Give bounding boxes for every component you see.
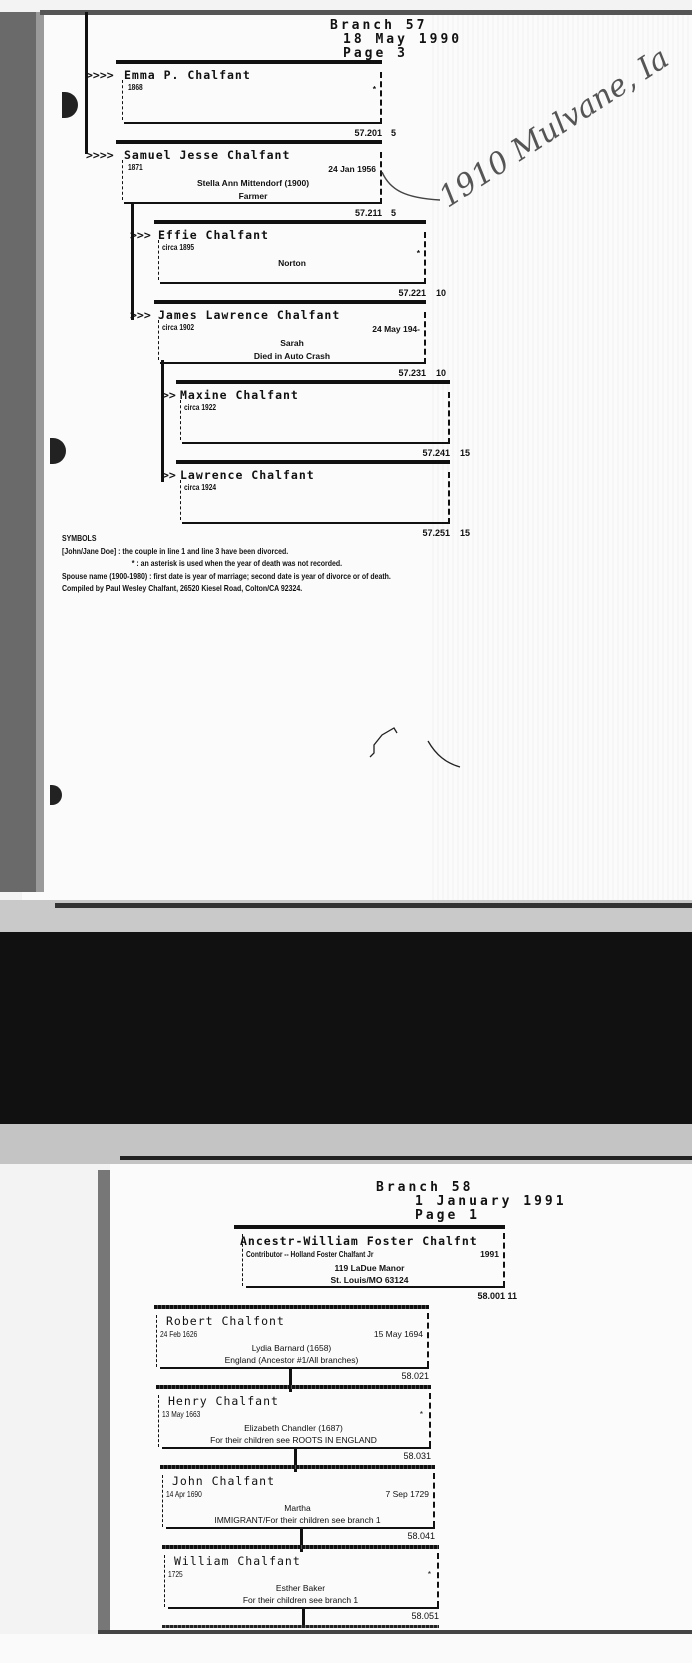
generation-number: 5 bbox=[391, 128, 396, 138]
spouse-name: Norton bbox=[158, 258, 426, 268]
person-name: William Chalfant bbox=[174, 1554, 301, 1568]
entry-id: 57.241 bbox=[422, 448, 450, 458]
entry-id: 58.031 bbox=[403, 1451, 431, 1461]
death-marker: * bbox=[373, 84, 376, 94]
birth-date: 13 May 1663 bbox=[162, 1409, 200, 1419]
death-marker: * bbox=[428, 1569, 431, 1579]
page-edge bbox=[55, 903, 692, 908]
entry-id: 57.231 bbox=[398, 368, 426, 378]
branch-date: 18 May 1990 bbox=[343, 33, 462, 47]
person-name: Henry Chalfant bbox=[168, 1394, 279, 1408]
spouse-name: Esther Baker bbox=[162, 1583, 439, 1593]
birth-date: circa 1902 bbox=[162, 322, 194, 332]
scan-background bbox=[0, 1634, 692, 1663]
person-name: John Chalfant bbox=[172, 1474, 275, 1488]
birth-date: 1725 bbox=[168, 1569, 183, 1579]
spouse-name: Elizabeth Chandler (1687) bbox=[156, 1423, 431, 1433]
spouse-name: Sarah bbox=[158, 338, 426, 348]
person-entry: >> Maxine Chalfant circa 1922 57.241 15 bbox=[162, 380, 472, 458]
person-entry: >>> James Lawrence Chalfant circa 1902 2… bbox=[130, 300, 448, 378]
left-binding-edge bbox=[36, 12, 44, 892]
ancestor-entry: Ancestr-William Foster Chalfnt Contribut… bbox=[234, 1225, 529, 1303]
left-binding-shadow bbox=[0, 12, 36, 892]
entry-id: 58.041 bbox=[407, 1531, 435, 1541]
branch-page: Page 3 bbox=[343, 47, 408, 61]
entry-note: England (Ancestor #1/All branches) bbox=[154, 1355, 429, 1365]
branch-date: 1 January 1991 bbox=[415, 1195, 567, 1209]
pen-mark bbox=[360, 725, 490, 785]
death-date: 24 May 194- bbox=[372, 324, 420, 334]
scan-gap bbox=[0, 932, 692, 1124]
person-name: Robert Chalfont bbox=[166, 1314, 285, 1328]
spouse-name: Lydia Barnard (1658) bbox=[154, 1343, 429, 1353]
entry-id: 57.251 bbox=[422, 528, 450, 538]
symbol-line: Spouse name (1900-1980) : first date is … bbox=[62, 570, 391, 583]
person-name: Emma P. Chalfant bbox=[124, 68, 251, 82]
person-name: Maxine Chalfant bbox=[180, 388, 299, 402]
symbol-line: Compiled by Paul Wesley Chalfant, 26520 … bbox=[62, 582, 391, 595]
symbol-line: [John/Jane Doe] : the couple in line 1 a… bbox=[62, 545, 391, 558]
entry-id: 57.211 bbox=[355, 208, 382, 218]
entry-id: 58.021 bbox=[401, 1371, 429, 1381]
generation-number: 15 bbox=[460, 528, 470, 538]
branch-title: Branch 57 bbox=[330, 19, 427, 33]
person-entry: John Chalfant 14 Apr 1690 7 Sep 1729 Mar… bbox=[160, 1465, 435, 1545]
symbols-title: SYMBOLS bbox=[62, 532, 391, 545]
branch-title: Branch 58 bbox=[376, 1181, 473, 1195]
person-entry: William Chalfant 1725 * Esther Baker For… bbox=[162, 1545, 439, 1630]
ancestor-name: Ancestr-William Foster Chalfnt bbox=[240, 1234, 478, 1248]
person-name: Samuel Jesse Chalfant bbox=[124, 148, 290, 162]
entry-note: Farmer bbox=[124, 191, 382, 201]
contributor: Contributor -- Holland Foster Chalfant J… bbox=[246, 1249, 373, 1259]
left-binding-edge bbox=[98, 1170, 110, 1632]
entry-id: 57.221 bbox=[398, 288, 426, 298]
person-entry: >>>> Samuel Jesse Chalfant 1871 24 Jan 1… bbox=[86, 140, 406, 218]
birth-date: 1871 bbox=[128, 162, 143, 172]
birth-date: 14 Apr 1690 bbox=[166, 1489, 202, 1499]
entry-note: IMMIGRANT/For their children see branch … bbox=[160, 1515, 435, 1525]
generation-number: 11 bbox=[507, 1291, 517, 1301]
contribution-year: 1991 bbox=[480, 1249, 499, 1259]
entry-id: 58.001 bbox=[477, 1291, 505, 1301]
death-date: 7 Sep 1729 bbox=[386, 1489, 429, 1499]
entry-note: Died in Auto Crash bbox=[158, 351, 426, 361]
symbols-legend: SYMBOLS [John/Jane Doe] : the couple in … bbox=[62, 532, 391, 595]
person-entry: >>> Effie Chalfant circa 1895 * Norton 5… bbox=[130, 220, 448, 298]
birth-date: circa 1895 bbox=[162, 242, 194, 252]
generation-number: 10 bbox=[436, 368, 446, 378]
page-edge bbox=[120, 1156, 692, 1160]
person-entry: >> Lawrence Chalfant circa 1924 57.251 1… bbox=[162, 460, 472, 538]
person-entry: Henry Chalfant 13 May 1663 * Elizabeth C… bbox=[156, 1385, 431, 1465]
spouse-name: Martha bbox=[160, 1503, 435, 1513]
symbol-line: * : an asterisk is used when the year of… bbox=[62, 557, 391, 570]
birth-date: circa 1924 bbox=[184, 482, 216, 492]
entry-note: For their children see branch 1 bbox=[162, 1595, 439, 1605]
address-line-1: 119 LaDue Manor bbox=[234, 1263, 505, 1273]
person-name: Effie Chalfant bbox=[158, 228, 269, 242]
death-date: 24 Jan 1956 bbox=[328, 164, 376, 174]
entry-id: 57.201 bbox=[354, 128, 382, 138]
birth-date: 24 Feb 1626 bbox=[160, 1329, 197, 1339]
branch-page: Page 1 bbox=[415, 1209, 480, 1223]
death-marker: * bbox=[417, 248, 420, 258]
address-line-2: St. Louis/MO 63124 bbox=[234, 1275, 505, 1285]
birth-date: circa 1922 bbox=[184, 402, 216, 412]
spouse-name: Stella Ann Mittendorf (1900) bbox=[124, 178, 382, 188]
entry-id: 58.051 bbox=[411, 1611, 439, 1621]
generation-number: 15 bbox=[460, 448, 470, 458]
death-date: 15 May 1694 bbox=[374, 1329, 423, 1339]
death-marker: * bbox=[420, 1409, 423, 1419]
person-name: Lawrence Chalfant bbox=[180, 468, 315, 482]
top-page-edge bbox=[40, 10, 692, 15]
person-entry: Robert Chalfont 24 Feb 1626 15 May 1694 … bbox=[154, 1305, 429, 1385]
entry-note: For their children see ROOTS IN ENGLAND bbox=[156, 1435, 431, 1445]
generation-number: 10 bbox=[436, 288, 446, 298]
birth-date: 1868 bbox=[128, 82, 143, 92]
person-entry: >>>> Emma P. Chalfant 1868 * 57.201 5 bbox=[86, 60, 406, 138]
person-name: James Lawrence Chalfant bbox=[158, 308, 340, 322]
